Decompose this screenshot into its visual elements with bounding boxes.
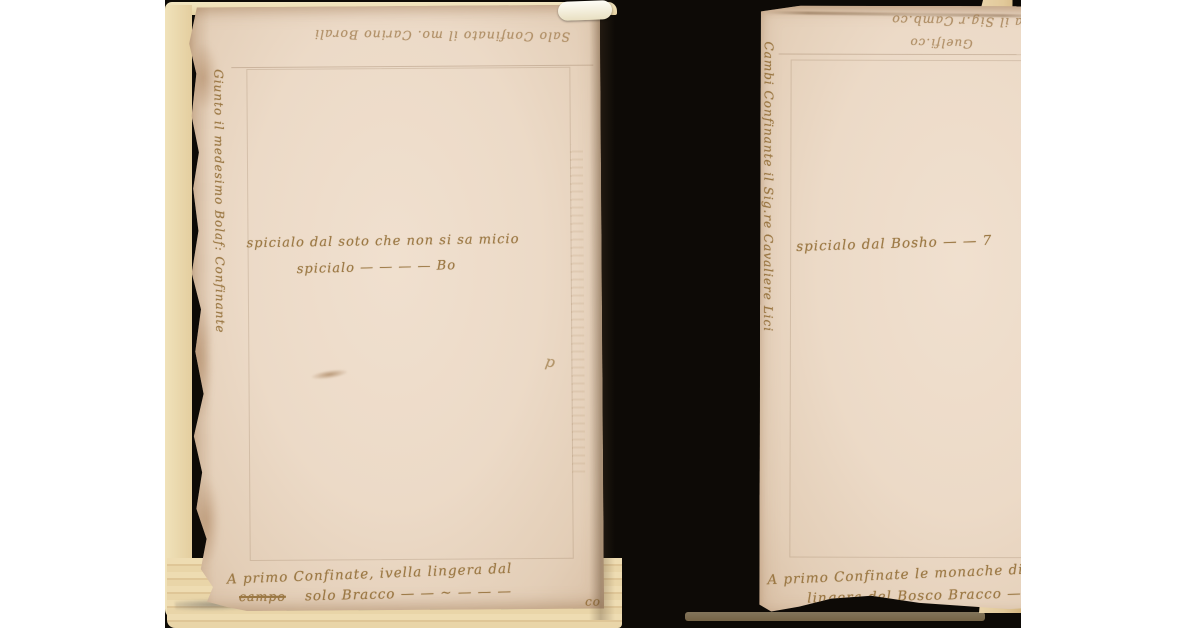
manuscript-page-left: Salo Confinato il mo. Carino Borali Giun… — [183, 5, 604, 612]
ruled-frame — [246, 67, 573, 561]
show-through-mark — [570, 145, 585, 475]
ruled-line — [231, 65, 593, 69]
paper-tear-mark — [766, 11, 1021, 18]
spine-page-edge-highlight — [558, 0, 613, 21]
bottom-entry-line1: A primo Confinate, ivella lingera dal — [227, 561, 513, 588]
ink-smudge-mark — [311, 368, 348, 381]
bottom-entry-line1: A primo Confinate le monache di Cant.e — [767, 560, 1021, 589]
center-entry-line2: spicialo — — — — Bo — [297, 258, 457, 277]
gutter-margin-note: Cambi Confinante il Sig.re Cavaliere Lic… — [761, 41, 776, 486]
ruled-line — [779, 54, 1021, 56]
manuscript-page-right: Sag Confinava il Sig.r Camb.co Guelfi.co… — [759, 5, 1021, 616]
inverted-header-note: Sag Confinava il Sig.r Camb.co — [799, 11, 1021, 32]
bottom-entry-line2: solo Bracco — — ~ — — — — [305, 583, 512, 604]
stray-pen-mark: p — [544, 352, 557, 372]
center-entry-line1: spicialo dal soto che non si sa micio — [246, 232, 519, 251]
bottom-entry-continuation: co — [585, 595, 601, 609]
ruled-frame — [789, 60, 1021, 559]
struck-word: campo — [239, 589, 286, 604]
book-left-edge — [165, 5, 192, 619]
inverted-header-note-2: Guelfi.co — [881, 35, 973, 51]
edge-stain — [187, 41, 220, 113]
center-entry-note: spicialo dal Bosho — — 7 — [796, 233, 993, 255]
bottom-entry-line2: lingera del Bosco Bracco — — — [807, 585, 1021, 607]
underpages-right-edge — [685, 612, 985, 621]
inverted-header-note: Salo Confinato il mo. Carino Borali — [238, 26, 570, 44]
manuscript-scan: laug lay lang nge nti a L mi pu vi ia O8… — [165, 0, 1021, 628]
left-margin-note: Giunto il medesimo Bolaf: Confinante — [211, 69, 228, 471]
scan-canvas: laug lay lang nge nti a L mi pu vi ia O8… — [0, 0, 1200, 628]
edge-stain — [192, 475, 221, 567]
